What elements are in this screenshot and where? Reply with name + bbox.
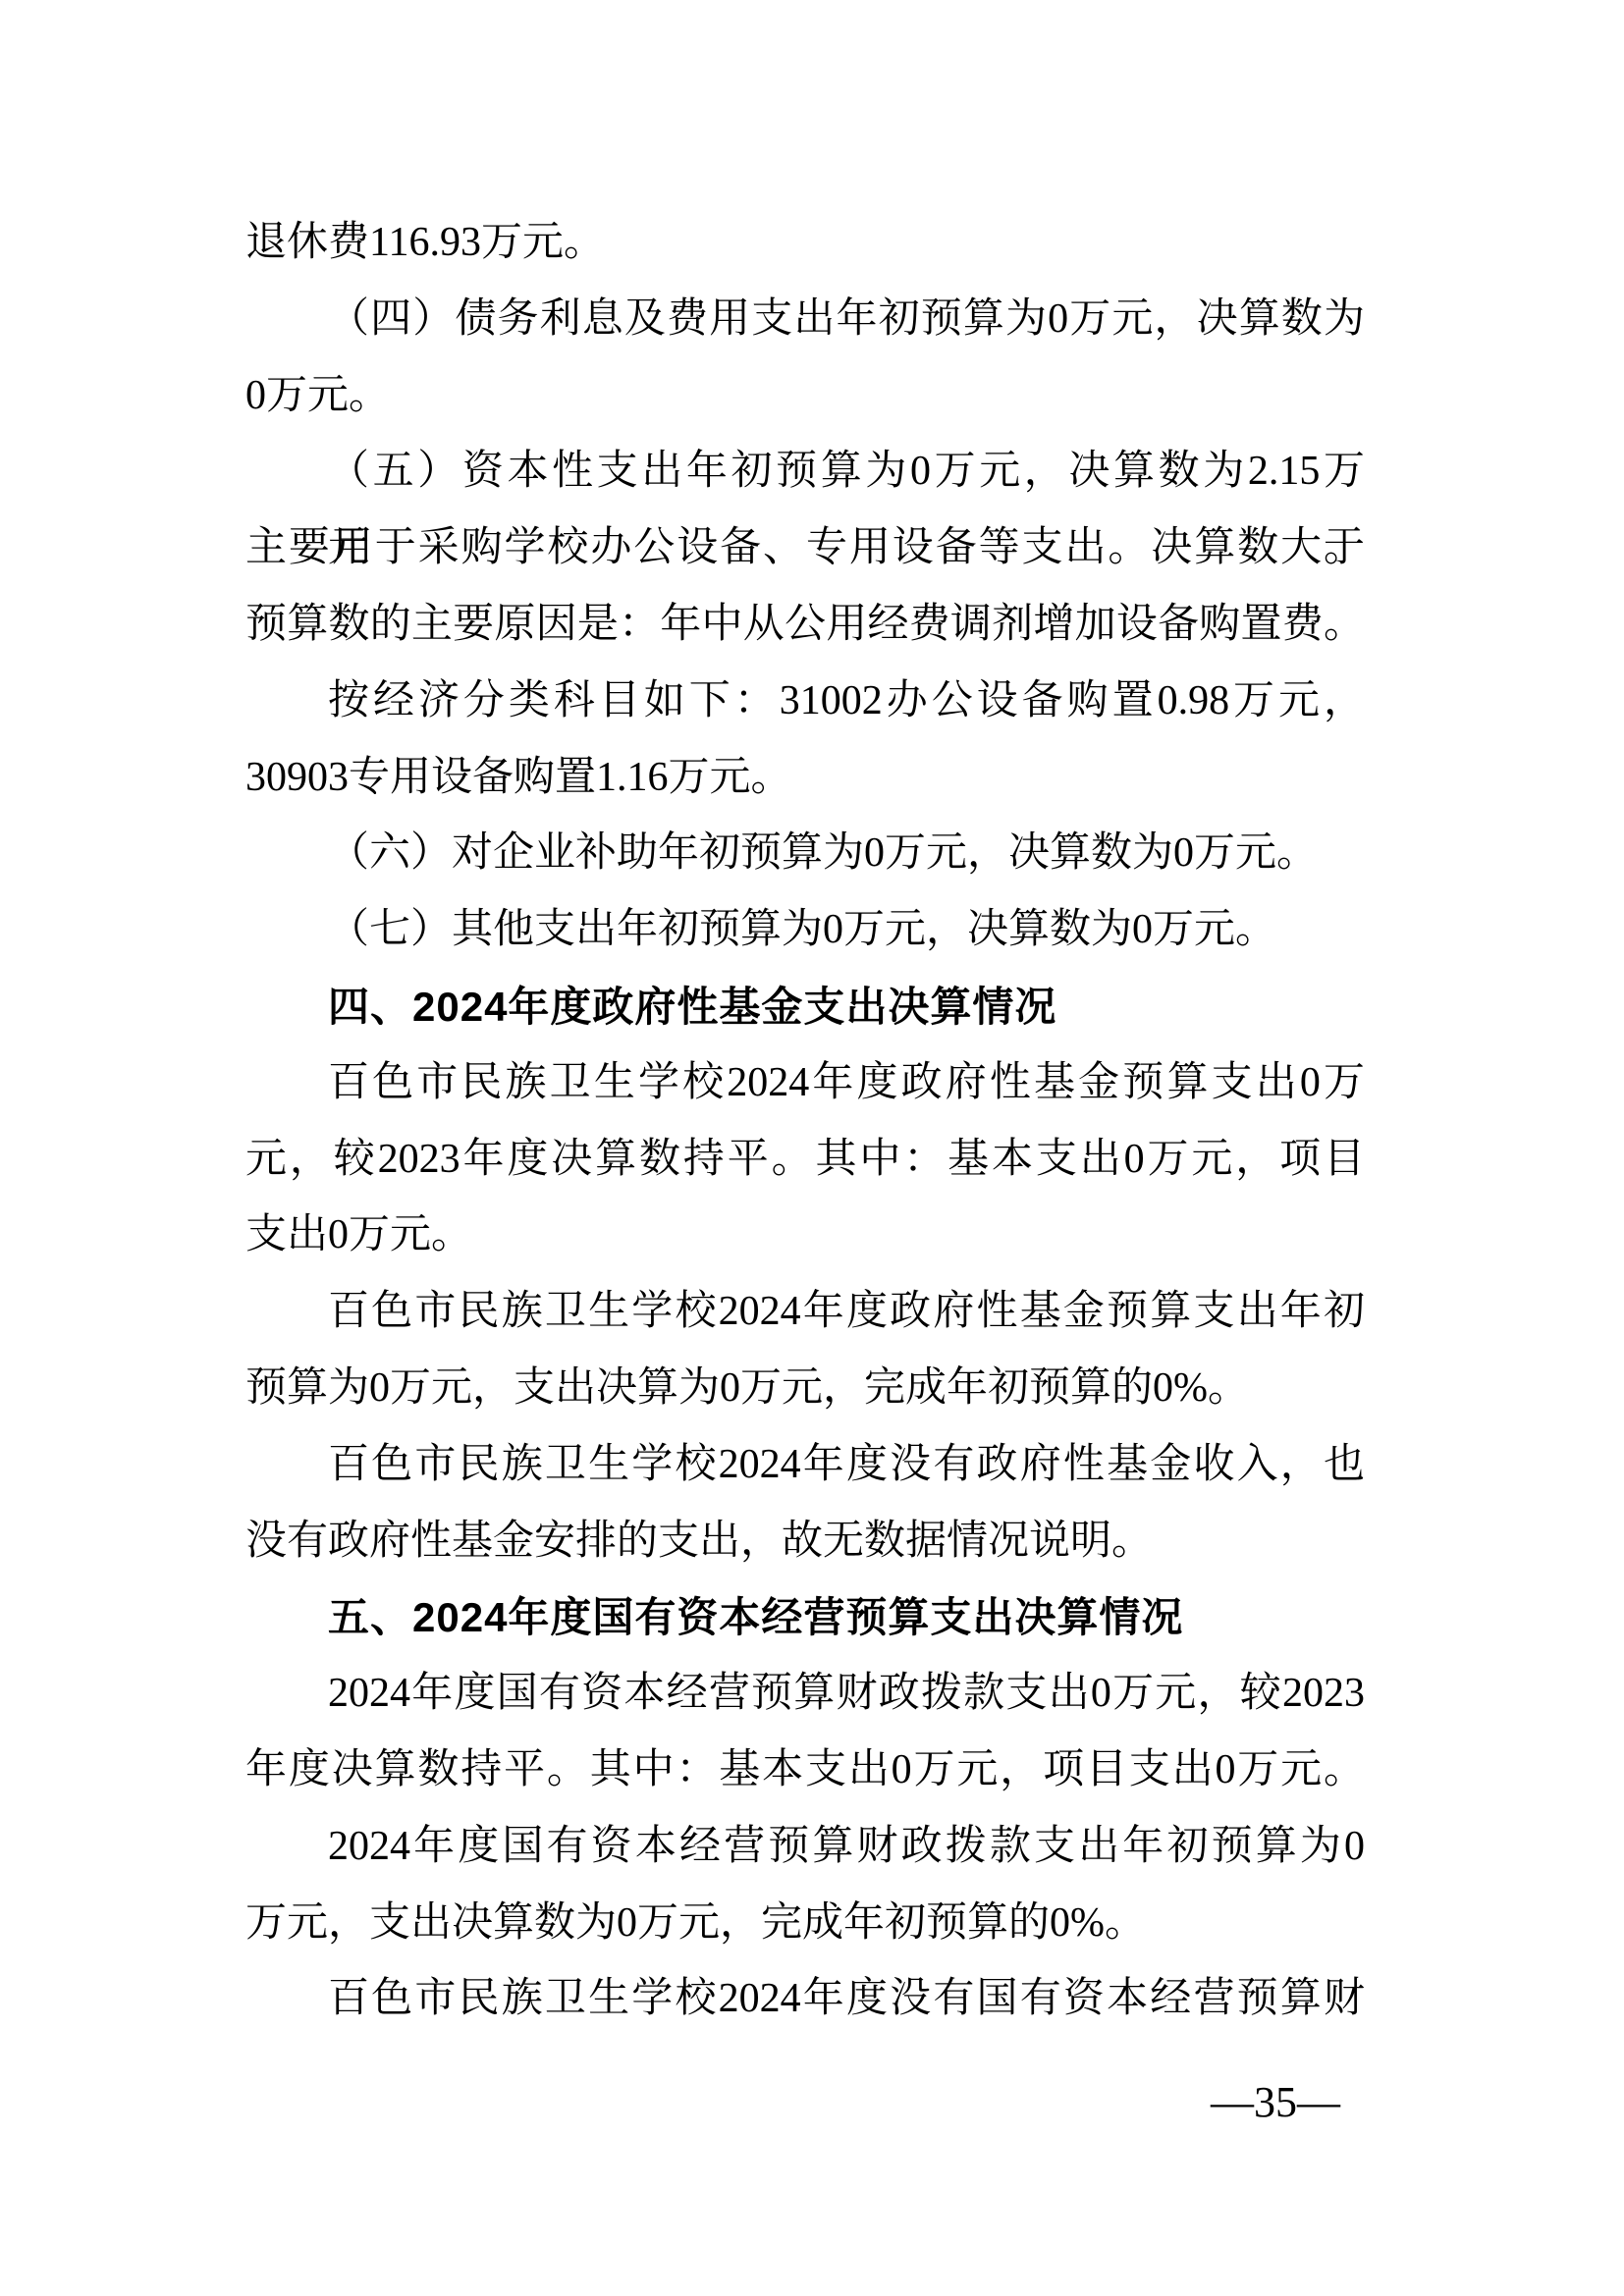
- text-line: 0万元。: [245, 358, 1365, 435]
- text-line: （六）对企业补助年初预算为0万元，决算数为0万元。: [245, 816, 1365, 892]
- text-line: 支出0万元。: [245, 1198, 1365, 1274]
- text-line: 百色市民族卫生学校2024年度没有政府性基金收入，也: [245, 1427, 1365, 1504]
- document-page: 退休费116.93万元。（四）债务利息及费用支出年初预算为0万元，决算数为0万元…: [0, 0, 1624, 2296]
- text-line: 主要用于采购学校办公设备、专用设备等支出。决算数大于: [245, 510, 1365, 587]
- text-line: 百色市民族卫生学校2024年度政府性基金预算支出年初: [245, 1274, 1365, 1351]
- text-line: 年度决算数持平。其中：基本支出0万元，项目支出0万元。: [245, 1733, 1365, 1809]
- text-line: 四、2024年度政府性基金支出决算情况: [245, 969, 1365, 1045]
- text-line: 百色市民族卫生学校2024年度没有国有资本经营预算财: [245, 1961, 1365, 2038]
- text-line: 没有政府性基金安排的支出，故无数据情况说明。: [245, 1504, 1365, 1580]
- text-line: 2024年度国有资本经营预算财政拨款支出0万元，较2023: [245, 1656, 1365, 1733]
- text-line: 退休费116.93万元。: [245, 205, 1365, 282]
- text-line: 30903专用设备购置1.16万元。: [245, 740, 1365, 817]
- text-line: （四）债务利息及费用支出年初预算为0万元，决算数为: [245, 282, 1365, 358]
- text-line: 百色市民族卫生学校2024年度政府性基金预算支出0万: [245, 1045, 1365, 1122]
- text-line: 预算为0万元，支出决算为0万元，完成年初预算的0%。: [245, 1351, 1365, 1427]
- text-line: （七）其他支出年初预算为0万元，决算数为0万元。: [245, 892, 1365, 969]
- text-line: 2024年度国有资本经营预算财政拨款支出年初预算为0: [245, 1809, 1365, 1886]
- text-line: 元，较2023年度决算数持平。其中：基本支出0万元，项目: [245, 1122, 1365, 1199]
- text-line: （五）资本性支出年初预算为0万元，决算数为2.15万元。: [245, 434, 1365, 510]
- document-text: 退休费116.93万元。（四）债务利息及费用支出年初预算为0万元，决算数为0万元…: [245, 205, 1365, 2038]
- text-line: 万元，支出决算数为0万元，完成年初预算的0%。: [245, 1886, 1365, 1962]
- page-number: —35—: [245, 2073, 1340, 2132]
- text-line: 五、2024年度国有资本经营预算支出决算情况: [245, 1579, 1365, 1656]
- text-line: 按经济分类科目如下：31002办公设备购置0.98万元，: [245, 664, 1365, 740]
- text-line: 预算数的主要原因是：年中从公用经费调剂增加设备购置费。: [245, 587, 1365, 664]
